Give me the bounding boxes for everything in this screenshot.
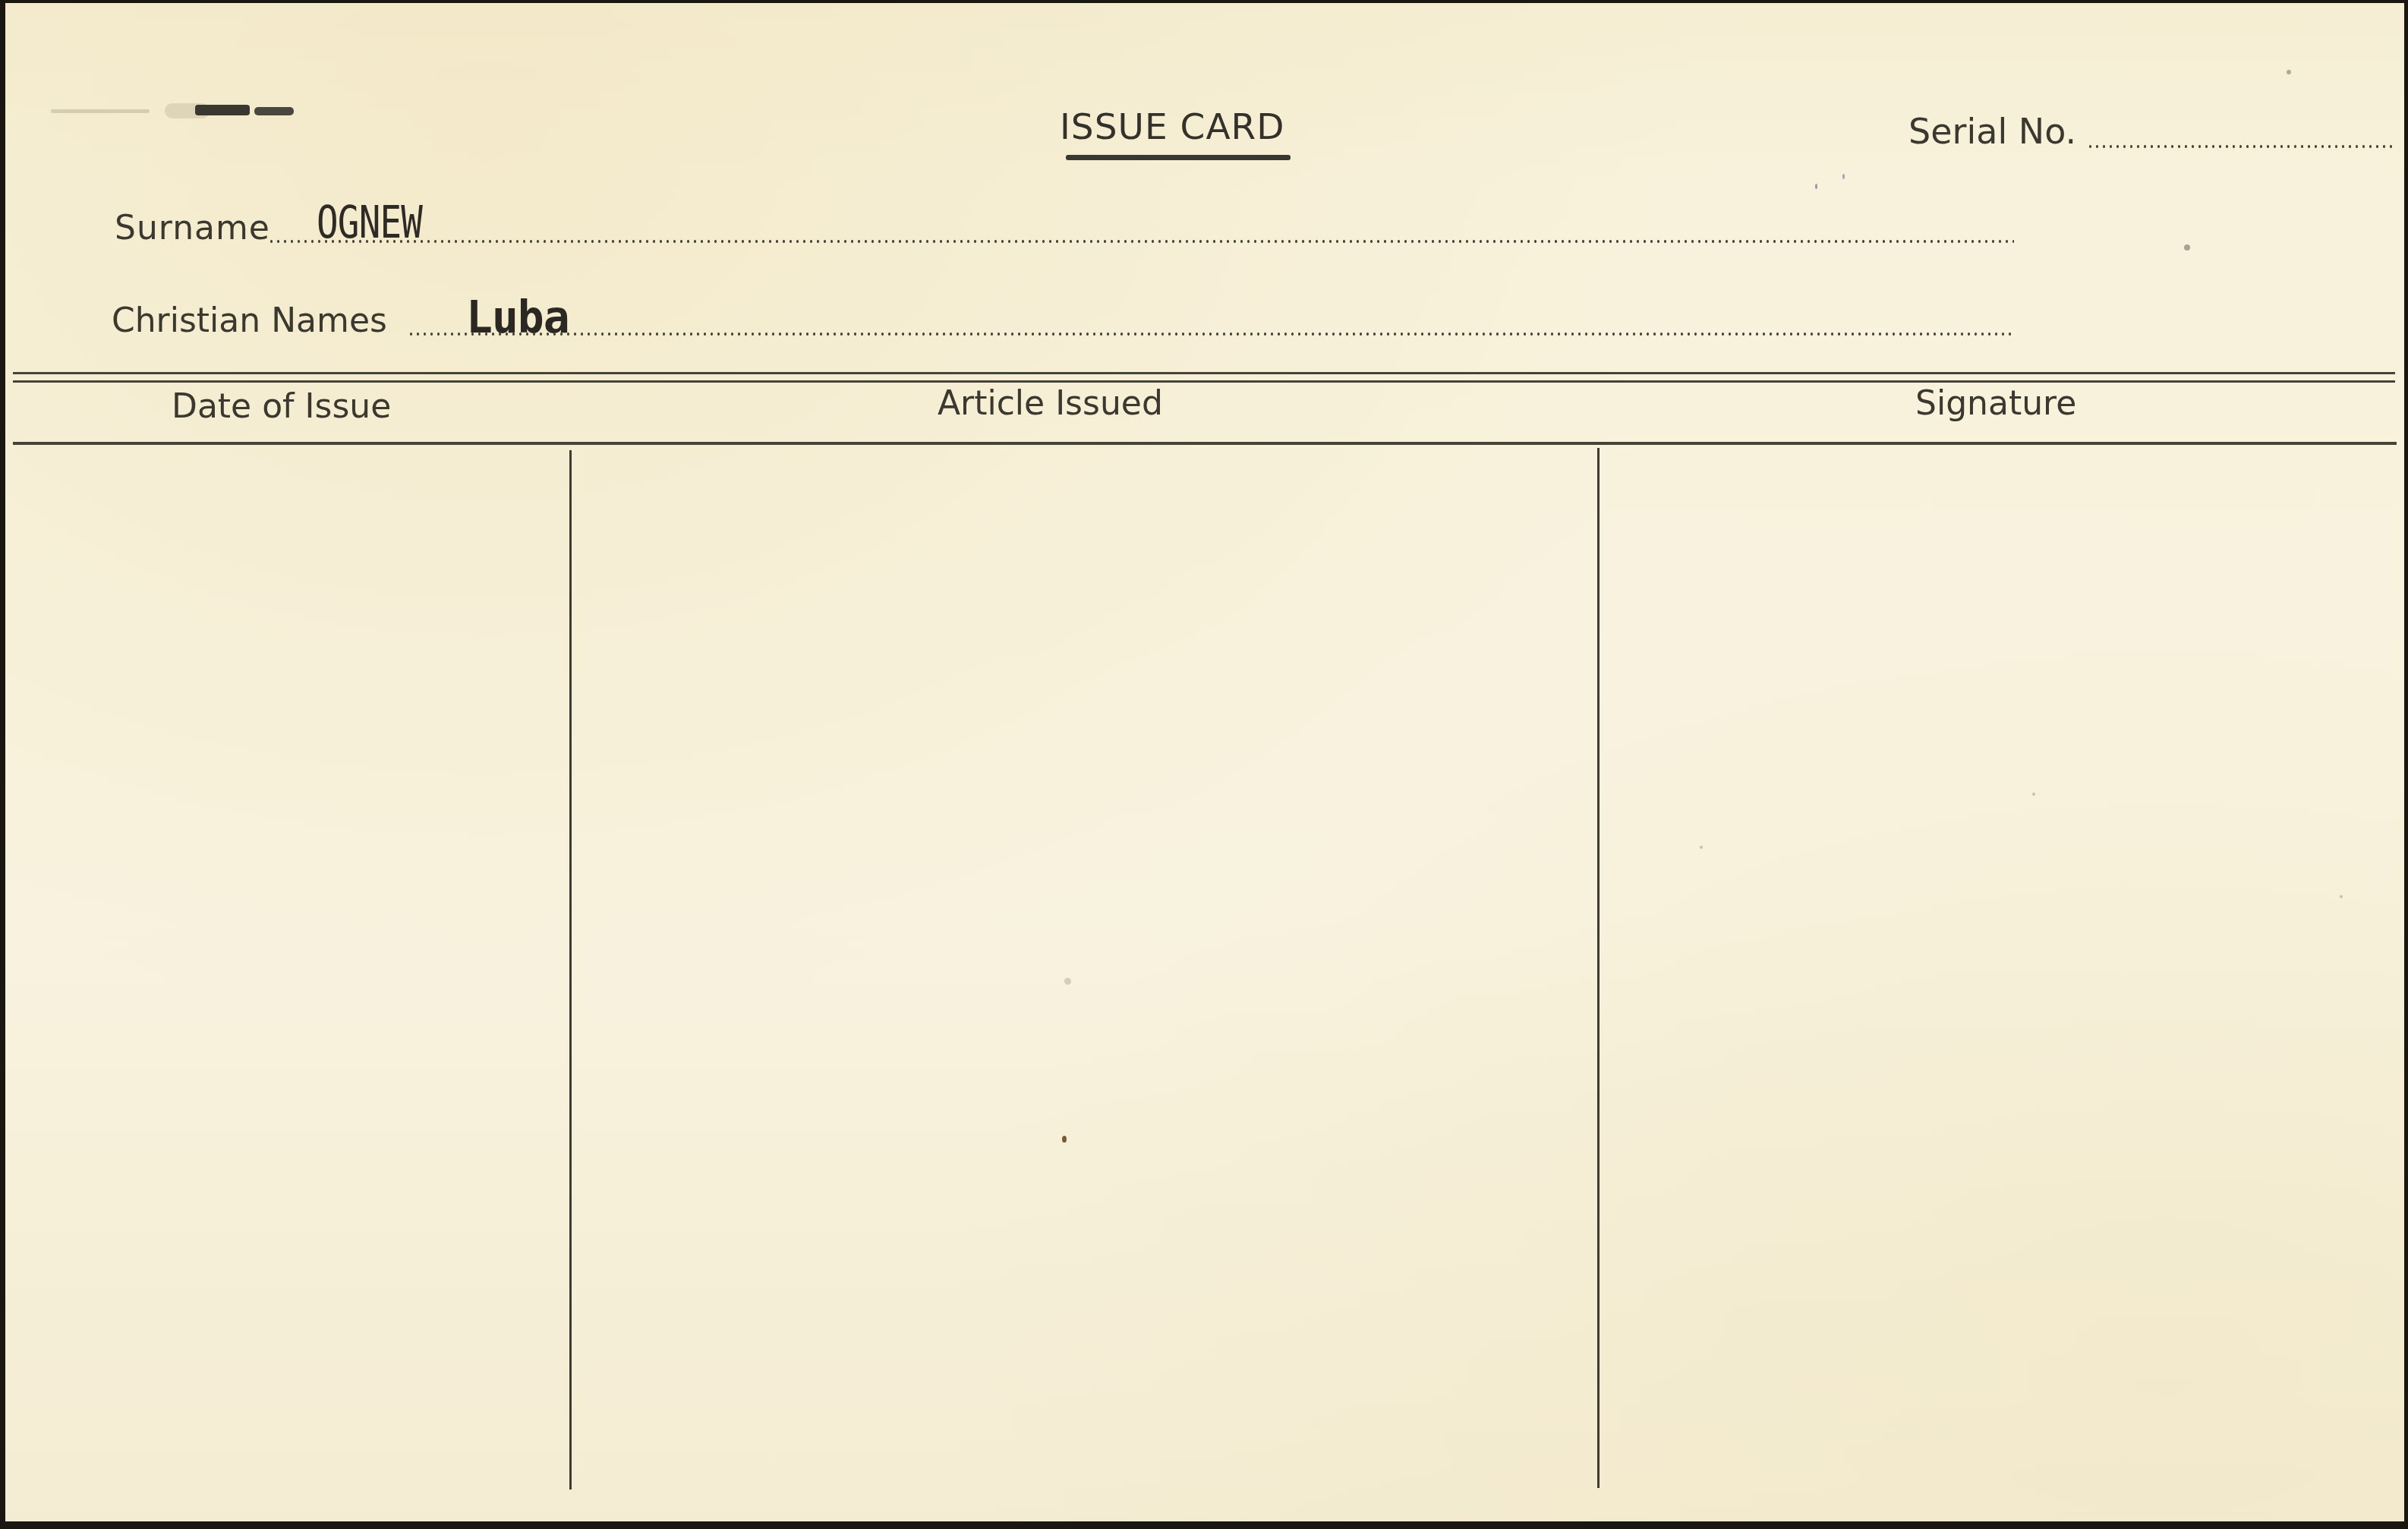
surname-label: Surname <box>115 209 270 247</box>
column-header-date-of-issue: Date of Issue <box>172 387 391 426</box>
dust-speck <box>2184 244 2190 251</box>
issue-card: ISSUE CARD Serial No. Surname OGNEW Chri… <box>5 3 2404 1521</box>
signature-column <box>1601 451 2398 1491</box>
dust-speck <box>2340 895 2343 898</box>
purple-mark <box>1842 174 1845 179</box>
date-of-issue-column <box>13 451 567 1491</box>
title-underline <box>1066 155 1291 160</box>
column-header-article-issued: Article Issued <box>938 384 1163 423</box>
surname-dotted-line <box>268 240 2014 243</box>
christian-names-dotted-line <box>408 333 2014 336</box>
serial-label: Serial No. <box>1908 111 2076 152</box>
column-divider-1 <box>569 450 572 1490</box>
article-issued-column <box>573 451 1595 1491</box>
header-top-rule-1 <box>13 372 2395 374</box>
dust-speck <box>1700 846 1703 849</box>
dust-speck <box>2032 793 2035 796</box>
purple-mark <box>1815 184 1817 189</box>
christian-names-label: Christian Names <box>112 301 387 340</box>
card-title: ISSUE CARD <box>1060 106 1284 148</box>
dust-speck <box>2287 70 2291 74</box>
ink-smudge-mark <box>51 96 370 126</box>
dust-speck <box>1064 978 1071 985</box>
serial-dotted-line <box>2087 145 2397 148</box>
column-divider-2 <box>1597 448 1600 1488</box>
header-top-rule-2 <box>13 380 2395 383</box>
ink-speck <box>1062 1136 1067 1143</box>
header-bottom-rule <box>13 442 2397 445</box>
column-header-signature: Signature <box>1915 384 2076 423</box>
